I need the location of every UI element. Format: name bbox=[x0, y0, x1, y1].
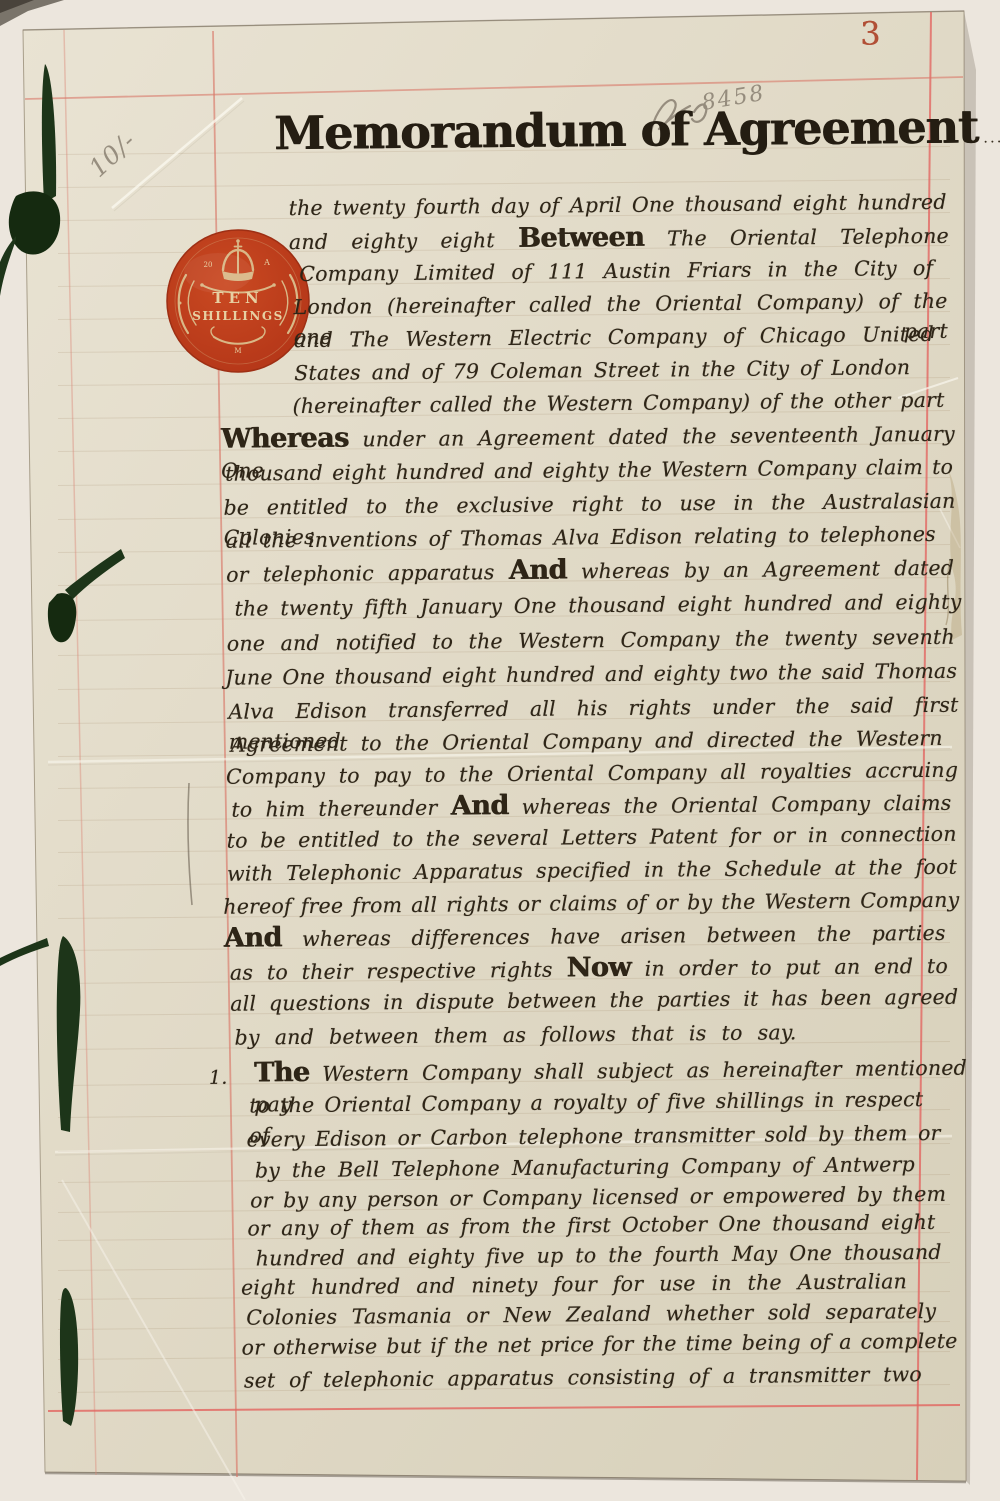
manuscript-line: And whereas differences have arisen betw… bbox=[224, 917, 946, 955]
handwritten-text: the twenty fifth January One thousand ei… bbox=[234, 590, 961, 621]
manuscript-line: or otherwise but if the net price for th… bbox=[241, 1326, 957, 1363]
handwritten-text: all questions in dispute between the par… bbox=[230, 985, 958, 1016]
manuscript-line: all the inventions of Thomas Alva Edison… bbox=[226, 519, 936, 556]
handwritten-text: by and between them as follows that is t… bbox=[234, 1020, 796, 1049]
handwritten-text: or any of them as from the first October… bbox=[247, 1210, 935, 1241]
handwritten-text: one and notified to the Western Company … bbox=[227, 625, 955, 656]
handwritten-text: Company Limited of 111 Austin Friars in … bbox=[299, 256, 933, 286]
handwritten-text: eight hundred and ninety four for use in… bbox=[241, 1269, 907, 1299]
handwritten-text: and eighty eight bbox=[289, 228, 518, 254]
handwritten-text: to be entitled to the several Letters Pa… bbox=[227, 822, 957, 853]
handwriting-layer: 3 10/- 8458 Memorandum of Agreement ....… bbox=[0, 0, 1000, 1501]
document-title: Memorandum of Agreement bbox=[274, 99, 979, 160]
page-number: 3 bbox=[860, 14, 881, 52]
handwritten-text: in order to put an end to bbox=[631, 954, 948, 981]
pencil-price-mark: 10/- bbox=[83, 126, 141, 183]
handwritten-text: whereas differences have arisen between … bbox=[282, 921, 946, 951]
manuscript-line: with Telephonic Apparatus specified in t… bbox=[227, 852, 957, 889]
manuscript-line: Company to pay to the Oriental Company a… bbox=[226, 755, 958, 792]
manuscript-line: Company Limited of 111 Austin Friars in … bbox=[299, 253, 933, 289]
handwritten-text: the twenty fourth day of April One thous… bbox=[289, 190, 947, 220]
handwritten-text: by the Bell Telephone Manufacturing Comp… bbox=[255, 1152, 915, 1182]
manuscript-line: hereof free from all rights or claims of… bbox=[223, 885, 959, 922]
engrossed-keyword: The bbox=[254, 1057, 310, 1089]
handwritten-text: whereas the Oriental Company claims bbox=[508, 791, 951, 819]
handwritten-text: whereas by an Agreement dated bbox=[567, 556, 955, 584]
handwritten-text: States and of 79 Coleman Street in the C… bbox=[294, 355, 910, 385]
manuscript-line: set of telephonic apparatus consisting o… bbox=[244, 1359, 922, 1396]
handwritten-text: as to their respective rights bbox=[230, 957, 567, 984]
handwritten-text: and The Western Electric Company of Chic… bbox=[294, 322, 934, 352]
manuscript-line: (hereinafter called the Western Company)… bbox=[292, 385, 944, 421]
handwritten-text: June One thousand eight hundred and eigh… bbox=[225, 659, 957, 690]
handwritten-text: set of telephonic apparatus consisting o… bbox=[244, 1362, 922, 1393]
handwritten-text: or telephonic apparatus bbox=[226, 560, 509, 587]
manuscript-line: one and notified to the Western Company … bbox=[227, 622, 955, 659]
handwritten-text: all the inventions of Thomas Alva Edison… bbox=[226, 522, 936, 553]
manuscript-photo: TEN SHILLINGS 20 A M 3 10/- 8458 Memoran… bbox=[0, 0, 1000, 1501]
manuscript-line: the twenty fifth January One thousand ei… bbox=[234, 587, 961, 624]
handwritten-text: every Edison or Carbon telephone transmi… bbox=[246, 1121, 940, 1152]
handwritten-text: or otherwise but if the net price for th… bbox=[241, 1329, 957, 1360]
engrossed-keyword: And bbox=[224, 922, 282, 954]
manuscript-line: the twenty fourth day of April One thous… bbox=[289, 187, 947, 223]
manuscript-line: and The Western Electric Company of Chic… bbox=[294, 319, 934, 355]
handwritten-text: hereof free from all rights or claims of… bbox=[223, 888, 959, 919]
handwritten-text: thousand eight hundred and eighty the We… bbox=[225, 455, 953, 486]
document-title-row: Memorandum of Agreement ........ made bbox=[274, 100, 964, 161]
manuscript-line: June One thousand eight hundred and eigh… bbox=[225, 656, 957, 693]
engrossed-keyword: Between bbox=[518, 222, 644, 254]
engrossed-keyword: And bbox=[450, 790, 508, 822]
title-dotted-leader: ........ bbox=[983, 128, 1000, 147]
handwritten-text: with Telephonic Apparatus specified in t… bbox=[227, 855, 957, 886]
handwritten-text: Company to pay to the Oriental Company a… bbox=[226, 758, 958, 789]
manuscript-line: by and between them as follows that is t… bbox=[234, 1017, 796, 1052]
clause-number: 1. bbox=[209, 1063, 228, 1093]
handwritten-text: Colonies Tasmania or New Zealand whether… bbox=[246, 1299, 936, 1330]
manuscript-line: or telephonic apparatus And whereas by a… bbox=[226, 552, 954, 590]
engrossed-keyword: And bbox=[509, 554, 567, 586]
manuscript-line: all questions in dispute between the par… bbox=[230, 982, 958, 1019]
handwritten-text: to him thereunder bbox=[231, 796, 450, 822]
handwritten-text: The Oriental Telephone bbox=[644, 224, 949, 251]
engrossed-keyword: Whereas bbox=[221, 423, 349, 455]
manuscript-line: thousand eight hundred and eighty the We… bbox=[225, 452, 953, 489]
handwritten-text: (hereinafter called the Western Company)… bbox=[292, 388, 944, 418]
handwritten-text: Agreement to the Oriental Company and di… bbox=[231, 726, 943, 757]
engrossed-keyword: Now bbox=[566, 952, 631, 984]
manuscript-line: to be entitled to the several Letters Pa… bbox=[227, 819, 957, 856]
manuscript-line: Agreement to the Oriental Company and di… bbox=[231, 723, 943, 760]
manuscript-line: States and of 79 Coleman Street in the C… bbox=[294, 352, 910, 388]
manuscript-line: and eighty eight Between The Oriental Te… bbox=[289, 220, 949, 257]
